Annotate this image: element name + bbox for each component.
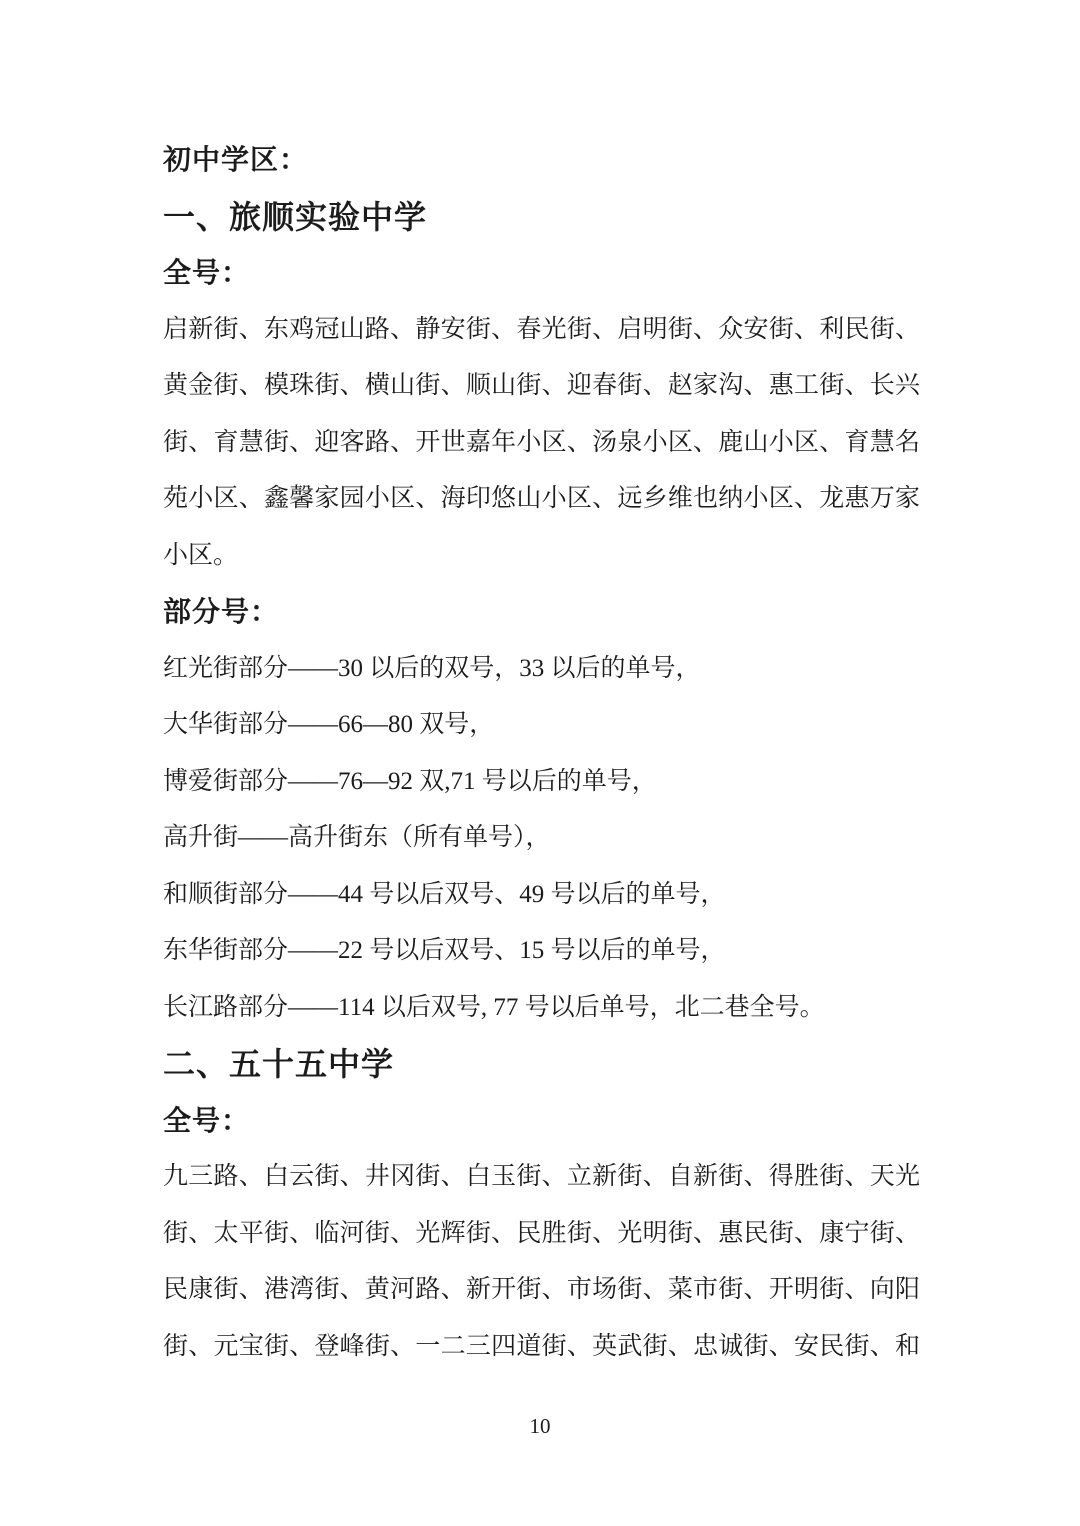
school-1-full-label: 全号： (163, 245, 920, 302)
school-1-partial-line-2: 大华街部分——66—80 双号， (163, 697, 920, 754)
school-1-partial-line-4: 高升街——高升街东（所有单号）， (163, 810, 920, 867)
school-1-title: 一、旅顺实验中学 (163, 189, 920, 246)
school-2-full-line-2: 街、太平街、临河街、光辉街、民胜街、光明街、惠民街、康宁街、 (163, 1206, 920, 1263)
school-1-full-line-4: 苑小区、鑫馨家园小区、海印悠山小区、远乡维也纳小区、龙惠万家 (163, 471, 920, 528)
school-2-full-line-1: 九三路、白云街、井冈街、白玉街、立新街、自新街、得胜街、天光 (163, 1149, 920, 1206)
school-1-partial-line-6: 东华街部分——22 号以后双号、15 号以后的单号， (163, 923, 920, 980)
school-1-full-line-1: 启新街、东鸡冠山路、静安街、春光街、启明街、众安街、利民街、 (163, 302, 920, 359)
school-2-full-label: 全号： (163, 1093, 920, 1150)
school-2-full-line-4: 街、元宝街、登峰街、一二三四道街、英武街、忠诚街、安民街、和 (163, 1319, 920, 1376)
school-1-partial-label: 部分号： (163, 584, 920, 641)
page-number: 10 (0, 1398, 1080, 1454)
school-1-full-line-3: 街、育慧街、迎客路、开世嘉年小区、汤泉小区、鹿山小区、育慧名 (163, 415, 920, 472)
school-1-partial-line-7: 长江路部分——114 以后双号, 77 号以后单号，北二巷全号。 (163, 980, 920, 1037)
school-1-partial-line-5: 和顺街部分——44 号以后双号、49 号以后的单号， (163, 867, 920, 924)
school-1-full-line-5: 小区。 (163, 528, 920, 585)
school-2-title: 二、五十五中学 (163, 1036, 920, 1093)
school-1-partial-line-1: 红光街部分——30 以后的双号，33 以后的单号， (163, 641, 920, 698)
school-2-full-line-3: 民康街、港湾街、黄河路、新开街、市场街、菜市街、开明街、向阳 (163, 1262, 920, 1319)
school-1-partial-line-3: 博爱街部分——76—92 双,71 号以后的单号， (163, 754, 920, 811)
school-1-full-line-2: 黄金街、模珠街、横山街、顺山街、迎春街、赵家沟、惠工街、长兴 (163, 358, 920, 415)
document-page: 初中学区： 一、旅顺实验中学 全号： 启新街、东鸡冠山路、静安街、春光街、启明街… (0, 0, 1080, 1526)
page-content: 初中学区： 一、旅顺实验中学 全号： 启新街、东鸡冠山路、静安街、春光街、启明街… (163, 132, 920, 1375)
section-heading: 初中学区： (163, 132, 920, 189)
